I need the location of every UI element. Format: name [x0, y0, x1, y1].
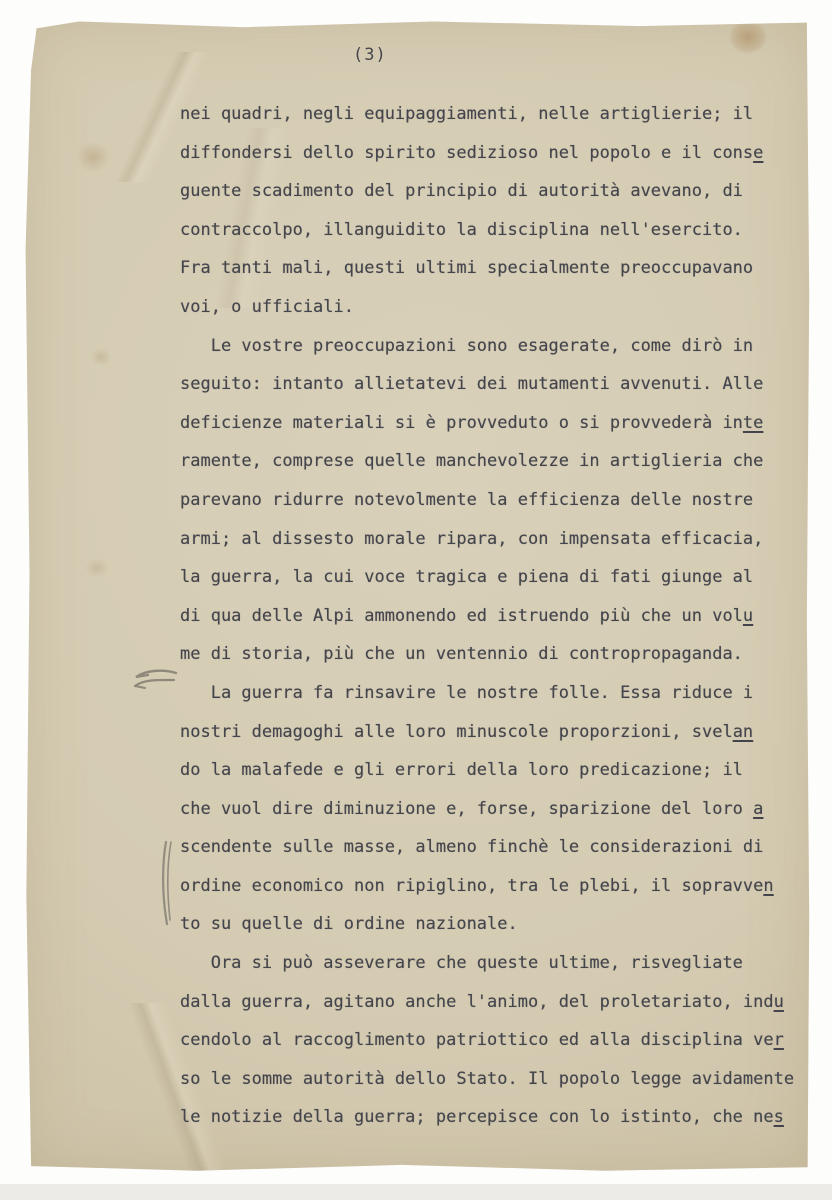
text-segment: La guerra fa rinsavire le nostre folle. … [180, 683, 753, 703]
text-line: Fra tanti mali, questi ultimi specialmen… [180, 249, 828, 288]
scanner-background-strip [0, 1184, 832, 1200]
text-segment: Fra tanti mali, questi ultimi specialmen… [180, 258, 753, 278]
page-number: (3) [353, 45, 387, 65]
text-segment: me di storia, più che un ventennio di co… [180, 644, 743, 664]
text-segment: parevano ridurre notevolmente la efficie… [180, 490, 753, 510]
text-line: Ora si può asseverare che queste ultime,… [180, 944, 828, 983]
underlined-text-segment: an [733, 722, 753, 742]
text-line: Le vostre preoccupazioni sono esagerate,… [180, 327, 828, 366]
text-line: cendolo al raccoglimento patriottico ed … [180, 1021, 828, 1060]
text-segment: la guerra, la cui voce tragica e piena d… [180, 567, 753, 587]
text-segment: to su quelle di ordine nazionale. [180, 914, 518, 934]
paper-stain [86, 344, 116, 370]
text-segment: di qua delle Alpi ammonendo ed istruendo… [180, 606, 743, 626]
text-line: voi, o ufficiali. [180, 288, 828, 327]
text-line: ramente, comprese quelle manchevolezze i… [180, 442, 828, 481]
underlined-text-segment: e [753, 143, 763, 163]
text-line: nostri demagoghi alle loro minuscole pro… [180, 713, 828, 752]
typewritten-text-block: nei quadri, negli equipaggiamenti, nelle… [180, 95, 828, 1137]
scanned-page: (3) nei quadri, negli equipaggiamenti, n… [24, 18, 810, 1173]
text-segment: deficienze materiali si è provveduto o s… [180, 413, 743, 433]
text-segment: che vuol dire diminuzione e, forse, spar… [180, 799, 753, 819]
paper-stain [70, 136, 116, 178]
text-line: La guerra fa rinsavire le nostre folle. … [180, 674, 828, 713]
paper-stain [80, 554, 114, 582]
text-segment: le notizie della guerra; percepisce con … [180, 1107, 774, 1127]
text-line: guente scadimento del principio di autor… [180, 172, 828, 211]
text-segment: ramente, comprese quelle manchevolezze i… [180, 451, 763, 471]
text-segment: guente scadimento del principio di autor… [180, 181, 743, 201]
text-segment: diffondersi dello spirito sedizioso nel … [180, 143, 753, 163]
text-segment: dalla guerra, agitano anche l'animo, del… [180, 992, 774, 1012]
underlined-text-segment: r [774, 1030, 784, 1050]
text-line: seguito: intanto allietatevi dei mutamen… [180, 365, 828, 404]
text-segment: nei quadri, negli equipaggiamenti, nelle… [180, 104, 753, 124]
underlined-text-segment: te [743, 413, 763, 433]
text-segment: armi; al dissesto morale ripara, con imp… [180, 529, 763, 549]
text-line: deficienze materiali si è provveduto o s… [180, 404, 828, 443]
pencil-margin-line-icon [154, 838, 180, 934]
text-line: diffondersi dello spirito sedizioso nel … [180, 134, 828, 173]
pencil-squiggle-icon [130, 666, 182, 704]
text-segment: so le somme autorità dello Stato. Il pop… [180, 1069, 794, 1089]
underlined-text-segment: s [774, 1107, 784, 1127]
text-segment: Ora si può asseverare che queste ultime,… [180, 953, 743, 973]
text-segment: voi, o ufficiali. [180, 297, 354, 317]
text-segment: cendolo al raccoglimento patriottico ed … [180, 1030, 774, 1050]
text-line: me di storia, più che un ventennio di co… [180, 635, 828, 674]
text-line: di qua delle Alpi ammonendo ed istruendo… [180, 597, 828, 636]
text-line: scendente sulle masse, almeno finchè le … [180, 828, 828, 867]
text-line: to su quelle di ordine nazionale. [180, 905, 828, 944]
text-segment: contraccolpo, illanguidito la disciplina… [180, 220, 743, 240]
text-segment: scendente sulle masse, almeno finchè le … [180, 837, 763, 857]
text-segment: ordine economico non ripiglino, tra le p… [180, 876, 763, 896]
text-line: la guerra, la cui voce tragica e piena d… [180, 558, 828, 597]
text-line: so le somme autorità dello Stato. Il pop… [180, 1060, 828, 1099]
text-line: dalla guerra, agitano anche l'animo, del… [180, 983, 828, 1022]
text-line: che vuol dire diminuzione e, forse, spar… [180, 790, 828, 829]
underlined-text-segment: u [743, 606, 753, 626]
text-segment: nostri demagoghi alle loro minuscole pro… [180, 722, 733, 742]
text-line: le notizie della guerra; percepisce con … [180, 1098, 828, 1137]
underlined-text-segment: a [753, 799, 763, 819]
text-segment: seguito: intanto allietatevi dei mutamen… [180, 374, 763, 394]
text-segment: Le vostre preoccupazioni sono esagerate,… [180, 336, 753, 356]
text-line: nei quadri, negli equipaggiamenti, nelle… [180, 95, 828, 134]
paper-stain [722, 14, 774, 60]
underlined-text-segment: u [774, 992, 784, 1012]
underlined-text-segment: n [763, 876, 773, 896]
text-line: do la malafede e gli errori della loro p… [180, 751, 828, 790]
text-line: ordine economico non ripiglino, tra le p… [180, 867, 828, 906]
text-line: parevano ridurre notevolmente la efficie… [180, 481, 828, 520]
text-segment: do la malafede e gli errori della loro p… [180, 760, 743, 780]
text-line: contraccolpo, illanguidito la disciplina… [180, 211, 828, 250]
text-line: armi; al dissesto morale ripara, con imp… [180, 520, 828, 559]
